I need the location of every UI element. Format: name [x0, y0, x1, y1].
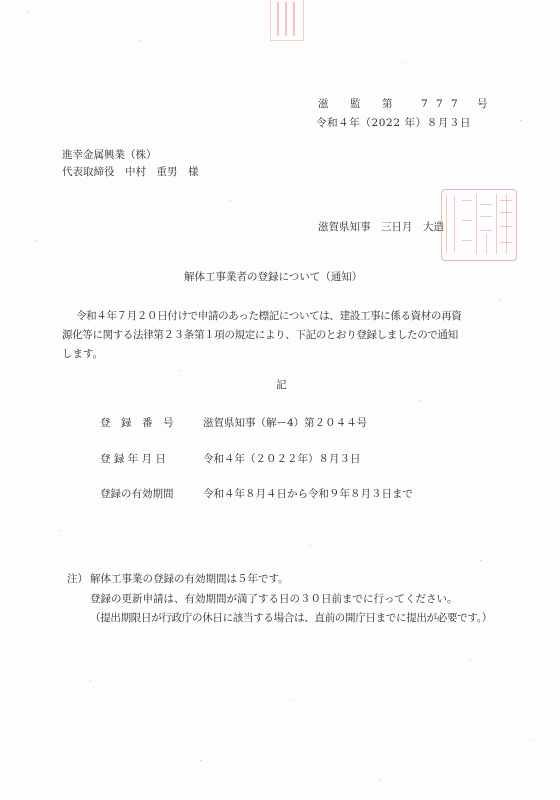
- ref-digit-2: 7: [436, 97, 443, 111]
- sender: 滋賀県知事 三日月 大造: [318, 220, 444, 234]
- detail-label: 登 録 年 月 日: [100, 452, 166, 466]
- subject-title: 解体工事業者の登録について（通知）: [184, 270, 362, 284]
- ki-heading: 記: [276, 378, 287, 392]
- addressee-representative: 代表取締役 中村 重男 様: [62, 165, 199, 179]
- detail-value: 令和４年（２０２２年）８月３日: [203, 452, 361, 466]
- ref-prefix-3: 第: [382, 97, 393, 111]
- body-line-3: します。: [62, 347, 103, 361]
- body-line-1: 令和４年７月２０日付けで申請のあった標記については、建設工事に係る資材の再資: [76, 309, 461, 323]
- seal-top-partial: [270, 0, 304, 41]
- ref-suffix: 号: [477, 97, 488, 111]
- note-line-3: （提出期限日が行政庁の休日に該当する場合は、直前の開庁日までに提出が必要です。）: [90, 611, 492, 625]
- ref-prefix-1: 滋: [318, 97, 329, 111]
- ref-digit-1: 7: [421, 97, 428, 111]
- detail-value: 令和４年８月４日から令和９年８月３日まで: [203, 487, 413, 501]
- detail-label: 登 録 番 号: [100, 416, 174, 430]
- document-page: 滋 監 第 7 7 7 号 令和４年（2022 年）８月３日 進幸金属興業（株）…: [0, 0, 560, 800]
- issue-date: 令和４年（2022 年）８月３日: [316, 116, 471, 130]
- detail-value: 滋賀県知事（解ー4）第２０４４号: [203, 416, 367, 430]
- note-line-2: 登録の更新申請は、有効期間が満了する日の３０日前までに行ってください。: [90, 592, 458, 606]
- note-marker: 注）: [67, 572, 88, 586]
- detail-label: 登録の有効期間: [100, 487, 174, 501]
- ref-prefix-2: 監: [350, 97, 361, 111]
- ref-digit-3: 7: [451, 97, 458, 111]
- governor-seal: [441, 189, 517, 261]
- addressee-company: 進幸金属興業（株）: [62, 148, 157, 162]
- note-line-1: 解体工事業の登録の有効期間は５年です。: [90, 572, 289, 586]
- body-line-2: 源化等に関する法律第２３条第１項の規定により、下記のとおり登録しましたので通知: [62, 328, 458, 342]
